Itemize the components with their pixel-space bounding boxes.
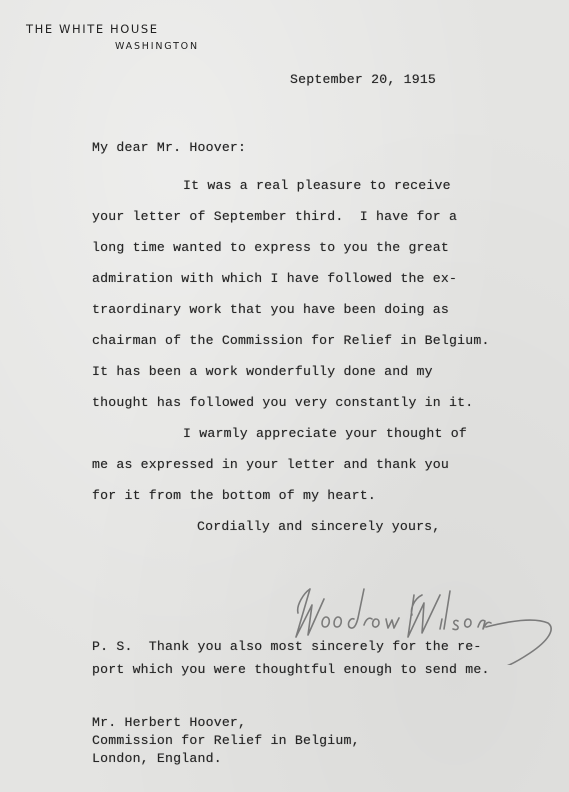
body-line: It was a real pleasure to receive (183, 178, 451, 193)
postscript-line: port which you were thoughtful enough to… (92, 662, 490, 677)
postscript-line: P. S. Thank you also most sincerely for … (92, 639, 481, 654)
body-line: me as expressed in your letter and thank… (92, 457, 449, 472)
salutation: My dear Mr. Hoover: (92, 140, 246, 155)
body-line: your letter of September third. I have f… (92, 209, 457, 224)
address-line: Mr. Herbert Hoover, (92, 715, 246, 730)
letter-date: September 20, 1915 (290, 72, 436, 87)
address-line: Commission for Relief in Belgium, (92, 733, 360, 748)
body-line: traordinary work that you have been doin… (92, 302, 449, 317)
body-line: admiration with which I have followed th… (92, 271, 457, 286)
letter-page: THE WHITE HOUSE WASHINGTON September 20,… (0, 0, 569, 792)
body-line: for it from the bottom of my heart. (92, 488, 376, 503)
address-line: London, England. (92, 751, 222, 766)
body-line: long time wanted to express to you the g… (92, 240, 449, 255)
body-line: thought has followed you very constantly… (92, 395, 473, 410)
closing: Cordially and sincerely yours, (197, 519, 440, 534)
body-line: It has been a work wonderfully done and … (92, 364, 433, 379)
body-line: chairman of the Commission for Relief in… (92, 333, 490, 348)
body-line: I warmly appreciate your thought of (183, 426, 467, 441)
letterhead-title: THE WHITE HOUSE (26, 22, 159, 36)
letterhead-city: WASHINGTON (115, 41, 199, 52)
